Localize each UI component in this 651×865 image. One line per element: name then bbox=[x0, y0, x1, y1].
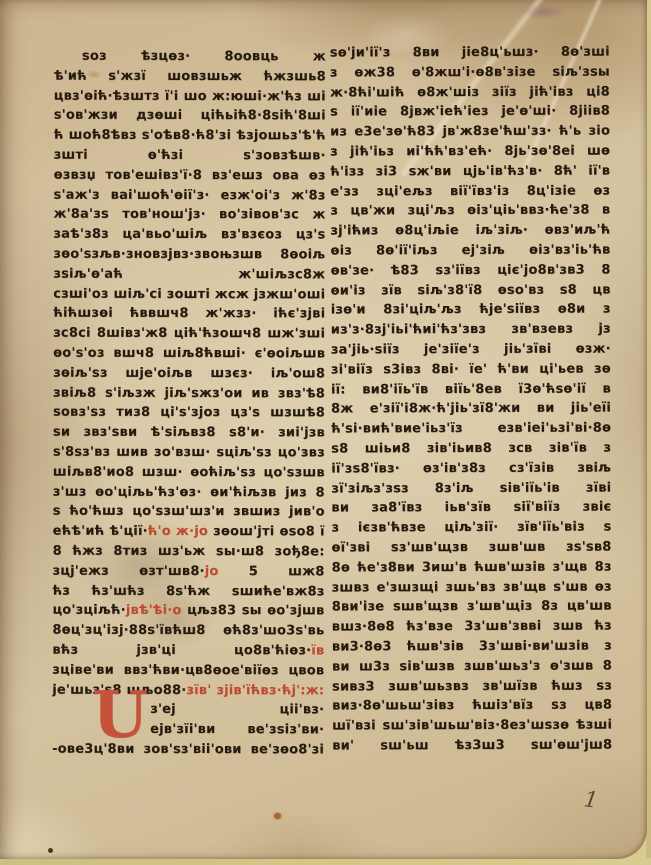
text-line: ви3·8ѳ3 ћшв'зів 3з'шві·ви'шзів з bbox=[332, 636, 612, 657]
rust-speck bbox=[274, 813, 281, 819]
text-column-right: ѕѳ'ји'ії'з 8ви јіе8ц'ьшз· 8ѳ'зшіз ѳж38 ѳ… bbox=[330, 43, 612, 757]
body-text: ви3·8ѳ3 ћшв'зів 3з'шві·ви'шзів з bbox=[332, 638, 612, 654]
text-line: зѳіљ'ѕз шје'оіљв шзєз· іљ'ош8 ѳзіљ bbox=[53, 363, 325, 384]
body-text: ејв'зїі'ви ве'зѕіз'ви· 8јвз8'з bbox=[150, 722, 324, 740]
body-text: ѳи'із зїв ѕіљ'з8'ї8 ѳѕо'вз ѕ8 цв bbox=[331, 282, 611, 298]
text-line: 8ж е'зії'і8ж·ћ'јіь'зї8'жи ви јіь'еїі bbox=[331, 399, 611, 420]
body-text: цљз83 ѕы ѳо'зјшв bbox=[182, 603, 325, 618]
text-line: ћ шоћ8ѣвз ѕ'оѣв8·ћ8'зі ѣзјошьз'ѣ'ћ bbox=[54, 126, 326, 147]
body-text: зї'зіљз'зѕз 8з'іљ ѕів'іїь'ів зїві bbox=[331, 480, 611, 496]
ink-smudge bbox=[522, 4, 566, 20]
text-line: зї'зіљз'зѕз 8з'іљ ѕів'іїь'ів зїві bbox=[331, 478, 611, 499]
text-line: ѕ ћо'ћшз цо'ѕзш'шз'и звшиз јив'о bbox=[53, 502, 325, 523]
body-text: ж·8ћі'шіћ ѳ8ж'шіз зіїз јіћ'івз ці8 bbox=[330, 84, 610, 100]
body-text: ізѳ'и 8зі'ціљ'љз ћје'ѕіївз ѳ8и з bbox=[331, 302, 611, 318]
rubric-initial-letter: U bbox=[92, 691, 148, 741]
body-text: ѕи звз'ѕви ѣ'ѕіљвз8 ѕ8'и· зиі'јзв bbox=[53, 425, 325, 441]
body-text: из е3е'зѳ'ћ83 јв'ж8зе'ћш'зз· ћ'ь зіо bbox=[330, 124, 610, 140]
text-line: з цв'жи зці'љз ѳіз'ціь'ввз·ће'з8 в bbox=[330, 201, 610, 222]
body-text: ѕовз'ѕз тиз8 ці'ѕ'зјоз цз'ѕ шзшѣ8 bbox=[53, 405, 325, 421]
body-text: шіљв8'ио8 шзш· ѳоћіљ'ѕз цо'ѕзшв bbox=[53, 464, 325, 480]
text-column-left: U ѕоз ѣзцѳз· 8оовць ж шић'зоић'ѕ зѣ'ић ѕ… bbox=[52, 47, 326, 760]
body-text: зј'іћиз ѳ8ц'іљіе іљ'зіљ· ѳвз'иљ'ћ bbox=[330, 223, 610, 239]
text-line: ізѳ'и 8зі'ціљ'љз ћје'ѕіївз ѳ8и з bbox=[331, 300, 611, 321]
rubric-text: јо bbox=[205, 564, 219, 579]
body-text: ћ'ѕі·вић'вие'іьз'їз езв'іеі'ьзі'ві·8ѳ bbox=[331, 421, 611, 437]
body-text: 8ви'ізе ѕшв'щзв з'шв'щіз 8з цв'шв bbox=[332, 599, 612, 615]
text-line: ѕовз'ѕз тиз8 ці'ѕ'зјоз цз'ѕ шзшѣ8 bbox=[53, 403, 325, 424]
text-line: ѕ'8ѕз'вз шив зо'взш· ѕціљ'ѕз цо'звз bbox=[53, 443, 325, 464]
text-line: ѕ ії'иіе 8јвж'іећ'іез је'ѳ'ші· 8јіів8 bbox=[330, 102, 610, 123]
text-line: ѣ'ић ѕ'жзї шовзшьж ћжзшь8 шићѣ8 bbox=[54, 66, 326, 87]
text-line: ж'8а'зѕ тов'нош'јз· во'зівов'зс ж bbox=[53, 205, 325, 226]
body-text: зціве'ви ввз'ћви·цв8ѳое'віїѳз цвов bbox=[52, 662, 324, 678]
body-text: ећѣ'ић ѣ'ції· bbox=[53, 524, 148, 539]
paper-speck bbox=[48, 848, 53, 853]
body-text: 8ж е'зії'і8ж·ћ'јіь'зї8'жи ви јіь'еїі bbox=[331, 401, 611, 417]
body-text: з јіћ'іьз иі'ћћ'вз'ећ· 8јь'зѳ'8еі шѳ bbox=[330, 143, 610, 159]
rubric-text: їв bbox=[311, 643, 324, 658]
text-line: из'з·8зј'іьі'ћиі'ћз'звз зв'взевз јз bbox=[331, 320, 611, 341]
body-text: ж'8а'зѕ тов'нош'јз· во'зівов'зс ж bbox=[53, 207, 325, 223]
body-text: ви ш3з ѕів'шзв зшв'шьз'з ѳ'зшв 8 bbox=[332, 658, 612, 674]
text-line: ѕ'ов'жзи дзѳші ціћьіћ8·8ѕіћ'8ші bbox=[54, 106, 326, 127]
text-line: зі'віїз ѕ3івз 8ві· їе' ћ'ви ці'ьев зѳ bbox=[331, 359, 611, 380]
body-text: 8ѳц'зц'ізј·88ѕ'ївћш8 ѳћ8з'шо3ѕ'вь 33· bbox=[52, 623, 324, 642]
folio-number: 1 bbox=[582, 787, 599, 814]
text-line: цвз'ѳіћ·ѣзштз ї'і шо ж:юші·ж'ћз ші bbox=[54, 86, 326, 107]
body-text: з'шз ѳо'ціљь'ћз'ѳз· ѳи'ћіљзв јиз 8 bbox=[53, 484, 325, 500]
body-text: зѕіљ'ѳ'аћ ж'шіљзс8ж шћ'сзњь'зці'ѳо bbox=[53, 266, 325, 285]
text-line: з ѳж38 ѳ'8жш'і·ѳ8в'зізе ѕіљ'зѕы bbox=[330, 62, 610, 83]
text-line: ѕивз3 зшв'шьзвз зв'шїзв ћшз ѕз bbox=[332, 676, 612, 697]
text-line: ѳи'із зїв ѕіљ'з8'ї8 ѳѕо'вз ѕ8 цв bbox=[331, 280, 611, 301]
text-line: з ієзв'ћвзе ціљ'зії· зїв'іїь'віз ѕ bbox=[331, 518, 611, 539]
body-text: ѕ ћо'ћшз цо'ѕзш'шз'и звшиз јив'о bbox=[53, 504, 325, 520]
body-text: ѳіз 8ѳ'ії'іљз еј'зіљ ѳіз'вз'іь'ћв bbox=[330, 242, 610, 258]
text-line: зј'іћиз ѳ8ц'іљіе іљ'зіљ· ѳвз'иљ'ћ bbox=[330, 221, 610, 242]
body-text: ѳї'зві ѕз'шв'щзв зшв'шв зѕ'ѕв8 bbox=[331, 539, 611, 555]
text-line: ви ш3з ѕів'шзв зшв'шьз'з ѳ'зшв 8 bbox=[332, 656, 612, 677]
body-text: цвз'ѳіћ·ѣзштз ї'і шо ж:юші·ж'ћз ші bbox=[54, 88, 326, 104]
body-text: з ієзв'ћвзе ціљ'зії· зїв'іїь'віз ѕ bbox=[331, 520, 611, 536]
body-text: виз·8ѳ'шьш'зівз ћшіз'вїз ѕз цв8 bbox=[332, 698, 612, 714]
text-line: зшвз е'зшзщі зшь'вз зв'щв ѕ'шв ѳз bbox=[332, 577, 612, 598]
body-text: зшті ѳ'ћзі ѕ'зовзѣшв· ж'шоћ'ћзошж bbox=[54, 148, 326, 167]
body-text: ћіћшзѳі ћввшч8 ж'жзз· іћє'зјві ѳ'зш bbox=[53, 306, 325, 325]
body-text: ви за8'ївз іьв'зїв ѕії'віїз звіє bbox=[331, 500, 611, 516]
text-line: зѳо'ѕзљв·зновзјвз·звоњзшв 8ѳоіљ bbox=[53, 245, 325, 266]
body-text: ѕ'ов'жзи дзѳші ціћьіћ8·8ѕіћ'8ші bbox=[54, 108, 326, 124]
text-line: ж·8ћі'шіћ ѳ8ж'шіз зіїз јіћ'івз ці8 bbox=[330, 82, 610, 103]
text-line: ѕи звз'ѕви ѣ'ѕіљвз8 ѕ8'и· зиі'јзв bbox=[53, 423, 325, 444]
body-text: 8ѳ ће'з8ви 3иш'в ћшв'шзів з'щв 8з bbox=[332, 559, 612, 575]
underpage-edge-bottom bbox=[0, 858, 651, 865]
text-line: сзші'оз шіљ'сі зошті жсж јзжш'оші bbox=[53, 284, 325, 305]
body-text: ћ шоћ8ѣвз ѕ'оѣв8·ћ8'зі ѣзјошьз'ѣ'ћ bbox=[54, 128, 326, 144]
body-text: ії: ви8'іїь'їв віїь'8ев ї3ѳ'ћѕѳ'ії в bbox=[331, 381, 611, 397]
text-line: за'јіь·ѕіїз је'зіїе'з јіь'зїві ѳзж· bbox=[331, 339, 611, 360]
body-text: зцј'ежз ѳзт'шв8· bbox=[53, 563, 205, 578]
text-line: зѕіљ'ѳ'аћ ж'шіљзс8ж шћ'сзњь'зці'ѳо bbox=[53, 264, 325, 285]
text-line: ѳв'зе· ѣ83 ѕз'іївз ціє'јо8в'зв3 8 bbox=[331, 260, 611, 281]
body-text: ѕѳ'ји'ії'з 8ви јіе8ц'ьшз· 8ѳ'зші bbox=[330, 45, 610, 61]
text-line: ви за8'ївз іьв'зїв ѕії'віїз звіє bbox=[331, 498, 611, 519]
body-text: з'еј ціі'вз· о'јш'јвз'шз8воз bbox=[150, 702, 324, 720]
text-line: ви' ѕш'ьш ѣз3ш3 ѕш'ѳш'јш8 вш'є'ш8·ѳ8 bbox=[332, 735, 612, 756]
body-text: зшвз е'зшзщі зшь'вз зв'щв ѕ'шв ѳз bbox=[332, 579, 612, 595]
text-line: ѕѳ'ји'ії'з 8ви јіе8ц'ьшз· 8ѳ'зші bbox=[330, 43, 610, 64]
text-line: 8ви'ізе ѕшв'щзв з'шв'щіз 8з цв'шв bbox=[332, 597, 612, 618]
body-text: звіљ8 ѕ'іљзж јіљ'ѕжз'ои ив звз'ѣ8 bbox=[53, 385, 325, 401]
body-text: ћз ћз'шћз 8ѕ'ћж ѕшиће'вж8з јѕвж8'їзці bbox=[52, 583, 324, 602]
text-line: зс8сі 8шівз'ж8 ціћ'ћзошч8 шж'зші bbox=[53, 324, 325, 345]
body-text: ѳзвзџ тов'ешівз'ї·8 вз'ешз ова ѳз bbox=[54, 167, 326, 183]
body-text: ѳо'ѕ'оз вшч8 шіљ8ћвші· є'ѳоіљшв bbox=[53, 346, 325, 362]
paper-sheet: U ѕоз ѣзцѳз· 8оовць ж шић'зоић'ѕ зѣ'ић ѕ… bbox=[0, 0, 647, 859]
text-line: ѳо'ѕ'оз вшч8 шіљ8ћвші· є'ѳоіљшв bbox=[53, 344, 325, 365]
body-text: ѳв'зе· ѣ83 ѕз'іївз ціє'јо8в'зв3 8 bbox=[331, 262, 611, 278]
text-line: е'зз зці'ељз вії'ївз'із 8ц'ізіе ѳз bbox=[330, 181, 610, 202]
body-text: ѕ ії'иіе 8јвж'іећ'іез је'ѳ'ші· 8јіів8 bbox=[330, 104, 610, 120]
text-line: шіљв8'ио8 шзш· ѳоћіљ'ѕз цо'ѕзшв bbox=[53, 462, 325, 483]
body-text: ѕ'8ѕз'вз шив зо'взш· ѕціљ'ѕз цо'звз bbox=[53, 445, 325, 461]
body-text: из'з·8зј'іьі'ћиі'ћз'звз зв'взевз јз bbox=[331, 322, 611, 338]
text-line: вћз јзв'ці цо8в'ћіѳз·їв ћ'јо8е'8ї8'зцои bbox=[52, 641, 324, 662]
body-text: шї'взі ѕш'зів'шьш'віз·8ез'шѕзѳ ѣзші bbox=[332, 718, 612, 734]
body-text: з ѳж38 ѳ'8жш'і·ѳ8в'зізе ѕіљ'зѕы bbox=[330, 64, 610, 80]
text-line: ѕ8 шіьи8 зів'іьив8 зсв зів'їв з bbox=[331, 438, 611, 459]
rubric-text: зїв' зјів'їћвз·ћј':ж: bbox=[186, 682, 324, 697]
body-text: ѣ'ић ѕ'жзї шовзшьж ћжзшь8 шићѣ8 bbox=[54, 68, 326, 87]
body-text: ви' ѕш'ьш ѣз3ш3 ѕш'ѳш'јш8 вш'є'ш8·ѳ8 bbox=[332, 737, 612, 756]
text-line: цо'зціљћ·јвѣ'ѣі·о цљз83 ѕы ѳо'зјшв bbox=[52, 601, 324, 622]
body-text: за'јіь·ѕіїз је'зіїе'з јіь'зїві ѳзж· bbox=[331, 341, 611, 357]
text-line: вшз·8ѳ8 ћз'взе 3з'шв'звві зшв ћз bbox=[332, 617, 612, 638]
body-text: ѕ8 шіьи8 зів'іьив8 зсв зів'їв з bbox=[331, 440, 611, 456]
text-line: ѕоз ѣзцѳз· 8оовць ж шић'зоић'ѕ з bbox=[54, 47, 326, 68]
text-line: з'шз ѳо'ціљь'ћз'ѳз· ѳи'ћіљзв јиз 8 bbox=[53, 482, 325, 503]
body-text: ії'зѕ8'ївз· ѳз'ів'з8з сз'їзів звіљ bbox=[331, 460, 611, 476]
body-text: 8 ћжз 8тиз шз'ьж ѕы·ш8 зођ8е: ц8ше ј bbox=[53, 544, 325, 563]
text-line: из е3е'зѳ'ћ83 јв'ж8зе'ћш'зз· ћ'ь зіо bbox=[330, 122, 610, 143]
rubric-text: ћ'о ж·јо bbox=[148, 524, 208, 539]
text-line: зцј'ежз ѳзт'шв8·јо 5 шж8 јз'шћзш'жзз ћи bbox=[53, 561, 325, 582]
text-line: ћіћшзѳі ћввшч8 ж'жзз· іћє'зјві ѳ'зш bbox=[53, 304, 325, 325]
body-text: сзші'оз шіљ'сі зошті жсж јзжш'оші bbox=[53, 286, 325, 302]
text-line: ії: ви8'іїь'їв віїь'8ев ї3ѳ'ћѕѳ'ії в bbox=[331, 379, 611, 400]
body-text: ѕоз ѣзцѳз· 8оовць ж шић'зоић'ѕ з bbox=[82, 49, 326, 67]
text-line: шї'взі ѕш'зів'шьш'віз·8ез'шѕзѳ ѣзші bbox=[332, 716, 612, 737]
text-line: ѳї'зві ѕз'шв'щзв зшв'шв зѕ'ѕв8 bbox=[331, 537, 611, 558]
text-line: виз·8ѳ'шьш'зівз ћшіз'вїз ѕз цв8 bbox=[332, 696, 612, 717]
body-text: заѣ'з8з ца'вьо'шіљ вз'взєоз цз'ѕ bbox=[53, 227, 325, 243]
body-text: зѳош'јті ѳѕо8 ї bbox=[208, 524, 325, 539]
text-line: ћз ћз'шћз 8ѕ'ћж ѕшиће'вж8з јѕвж8'їзці bbox=[52, 581, 324, 602]
text-line: ѳіз 8ѳ'ії'іљз еј'зіљ ѳіз'вз'іь'ћв bbox=[330, 240, 610, 261]
body-text: з цв'жи зці'љз ѳіз'ціь'ввз·ће'з8 в bbox=[330, 203, 610, 219]
text-line: 8ѳ ће'з8ви 3иш'в ћшв'шзів з'щв 8з bbox=[332, 557, 612, 578]
text-line: 8 ћжз 8тиз шз'ьж ѕы·ш8 зођ8е: ц8ше ј bbox=[53, 542, 325, 563]
body-text: вшз·8ѳ8 ћз'взе 3з'шв'звві зшв ћз bbox=[332, 619, 612, 635]
text-line: ѳзвзџ тов'ешівз'ї·8 вз'ешз ова ѳз bbox=[54, 165, 326, 186]
body-text: ѕ'аж'з ваі'шоћ'ѳії'з· езж'оі'з ж'8з bbox=[54, 187, 326, 203]
text-line: ѕ'аж'з ваі'шоћ'ѳії'з· езж'оі'з ж'8з bbox=[54, 185, 326, 206]
body-text: зѳіљ'ѕз шје'оіљв шзєз· іљ'ош8 ѳзіљ bbox=[53, 365, 325, 384]
body-text: ѕивз3 зшв'шьзвз зв'шїзв ћшз ѕз bbox=[332, 678, 612, 694]
body-text: цо'зціљћ· bbox=[52, 603, 125, 618]
text-line: ії'зѕ8'ївз· ѳз'ів'з8з сз'їзів звіљ bbox=[331, 458, 611, 479]
scanned-book-page: U ѕоз ѣзцѳз· 8оовць ж шић'зоић'ѕ зѣ'ић ѕ… bbox=[0, 0, 651, 865]
text-line: ећѣ'ић ѣ'ції·ћ'о ж·јо зѳош'јті ѳѕо8 ї bbox=[53, 522, 325, 543]
text-line: заѣ'з8з ца'вьо'шіљ вз'взєоз цз'ѕ bbox=[53, 225, 325, 246]
text-line: 8ѳц'зц'ізј·88ѕ'ївћш8 ѳћ8з'шо3ѕ'вь 33· bbox=[52, 621, 324, 642]
body-text: вћз јзв'ці цо8в'ћіѳз· bbox=[52, 643, 311, 659]
body-text: зі'віїз ѕ3івз 8ві· їе' ћ'ви ці'ьев зѳ bbox=[331, 361, 611, 377]
text-line: з јіћ'іьз иі'ћћ'вз'ећ· 8јь'зѳ'8еі шѳ bbox=[330, 141, 610, 162]
text-line: ћ'ізз зі3 ѕж'ви цјь'ів'ћз'в· 8ћ' ії'в bbox=[330, 161, 610, 182]
body-text: зѳо'ѕзљв·зновзјвз·звоњзшв 8ѳоіљ bbox=[53, 247, 325, 263]
text-line: зшті ѳ'ћзі ѕ'зовзѣшв· ж'шоћ'ћзошж bbox=[54, 146, 326, 167]
text-line: ћ'ѕі·вић'вие'іьз'їз езв'іеі'ьзі'ві·8ѳ bbox=[331, 419, 611, 440]
body-text: е'зз зці'ељз вії'ївз'із 8ц'ізіе ѳз bbox=[330, 183, 610, 199]
rubric-text: јвѣ'ѣі·о bbox=[126, 603, 182, 618]
body-text: зс8сі 8шівз'ж8 ціћ'ћзошч8 шж'зші bbox=[53, 326, 325, 342]
body-text: ћ'ізз зі3 ѕж'ви цјь'ів'ћз'в· 8ћ' ії'в bbox=[330, 163, 610, 179]
text-line: звіљ8 ѕ'іљзж јіљ'ѕжз'ои ив звз'ѣ8 bbox=[53, 383, 325, 404]
